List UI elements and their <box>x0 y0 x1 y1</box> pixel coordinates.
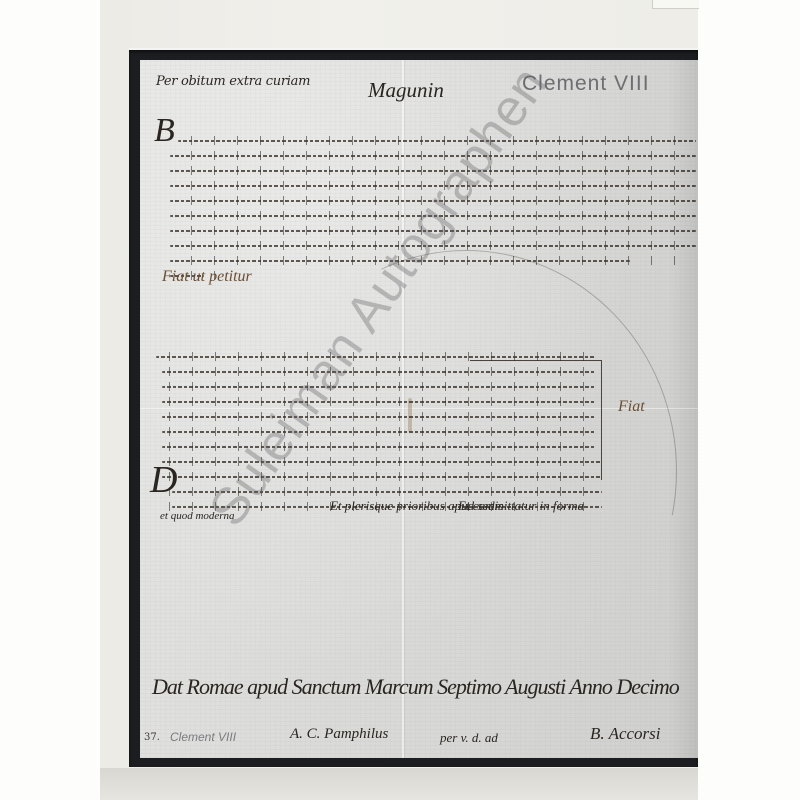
manuscript-paper: Per obitum extra curiam Magunin Clement … <box>140 60 698 758</box>
footer-ink-note-2: per v. d. ad <box>440 730 498 746</box>
paper-edge-shadow <box>668 60 698 758</box>
dating-clause-signature: Dat Romae apud Sanctum Marcum Septimo Au… <box>152 674 679 700</box>
fiat-annotation-2: Fiat <box>618 398 645 416</box>
text-line <box>156 425 602 440</box>
text-line <box>156 380 602 395</box>
text-line <box>156 410 602 425</box>
fiat-annotation-1: Fiat ut petitur <box>162 268 252 286</box>
text-line <box>156 395 602 410</box>
text-line <box>178 134 696 149</box>
footer-ink-note: A. C. Pamphilus <box>290 726 388 743</box>
mat-corner <box>652 0 699 9</box>
mat-bottom-edge <box>100 768 698 800</box>
text-line <box>156 350 602 365</box>
footer-ink-signature: B. Accorsi <box>590 724 661 744</box>
archive-number: 37. <box>144 732 160 743</box>
initial-letter-b: B <box>154 112 175 150</box>
header-title: Magunin <box>368 78 444 103</box>
footer-pencil-note: Clement VIII <box>170 730 236 744</box>
text-line <box>178 269 696 284</box>
text-line <box>156 365 602 380</box>
initial-letter-d: D <box>150 458 177 502</box>
header-left-note: Per obitum extra curiam <box>156 74 310 89</box>
closing-line-right: Et committatur in forma <box>458 498 584 514</box>
text-line <box>156 440 602 455</box>
